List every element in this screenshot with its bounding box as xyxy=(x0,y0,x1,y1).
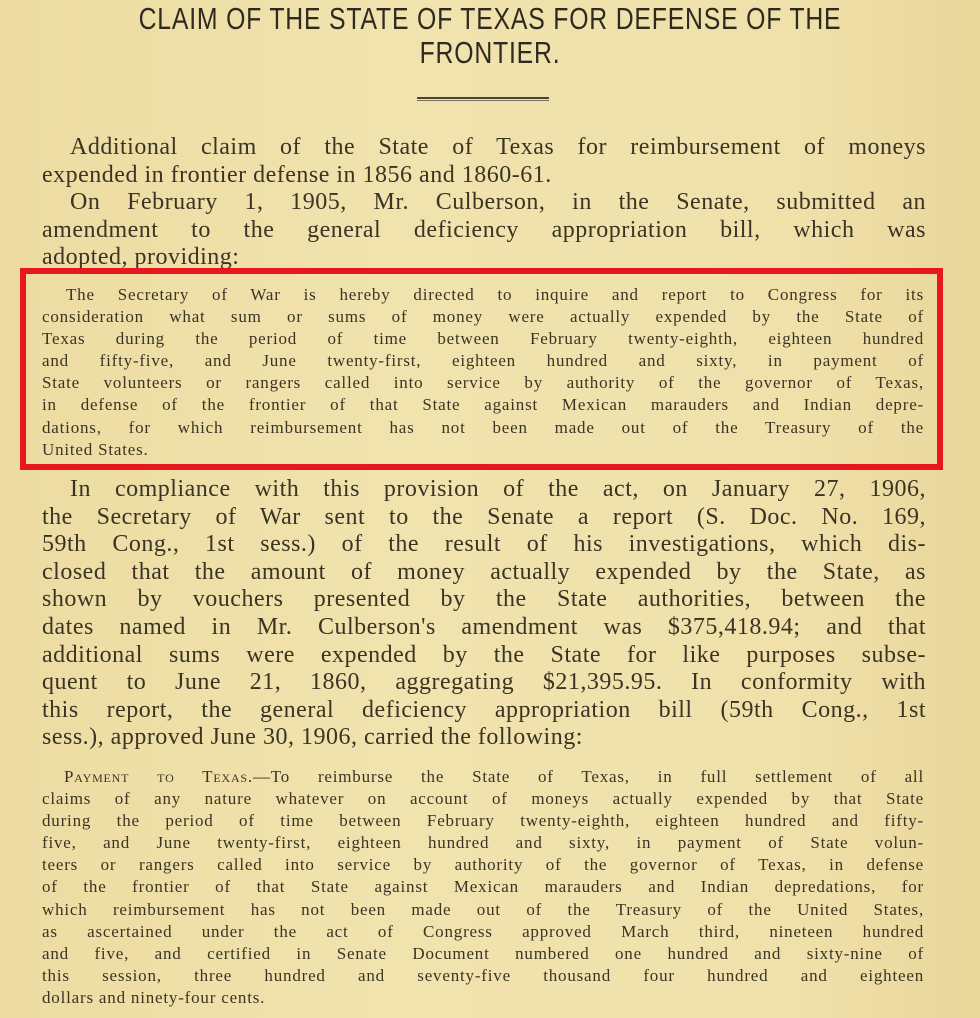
text-line: quent to June 21, 1860, aggregating $21,… xyxy=(42,669,926,697)
payment-first-line: —To reimburse the State of Texas, in ful… xyxy=(253,767,924,786)
text-line: amendment to the general deficiency appr… xyxy=(42,217,926,245)
text-line: five, and June twenty-first, eighteen hu… xyxy=(42,832,924,854)
text-line: during the period of time between Februa… xyxy=(42,810,924,832)
text-line: dollars and ninety-four cents. xyxy=(42,987,924,1009)
text-line: claims of any nature whatever on account… xyxy=(42,788,924,810)
page-title: CLAIM OF THE STATE OF TEXAS FOR DEFENSE … xyxy=(130,2,850,70)
text-line: In compliance with this provision of the… xyxy=(42,476,926,504)
text-line: teers or rangers called into service by … xyxy=(42,854,924,876)
text-line: additional sums were expended by the Sta… xyxy=(42,642,926,670)
text-line: the Secretary of War sent to the Senate … xyxy=(42,504,926,532)
compliance-paragraph: In compliance with this provision of the… xyxy=(42,476,926,752)
text-line: this report, the general deficiency appr… xyxy=(42,697,926,725)
text-line: dates named in Mr. Culberson's amendment… xyxy=(42,614,926,642)
title-line-1: CLAIM OF THE STATE OF TEXAS FOR DEFENSE … xyxy=(130,2,850,36)
text-line: of the frontier of that State against Me… xyxy=(42,876,924,898)
text-line: shown by vouchers presented by the State… xyxy=(42,586,926,614)
title-line-2: FRONTIER. xyxy=(130,36,850,70)
text-line: Additional claim of the State of Texas f… xyxy=(42,134,926,162)
text-line: as ascertained under the act of Congress… xyxy=(42,921,924,943)
text-line: 59th Cong., 1st sess.) of the result of … xyxy=(42,531,926,559)
title-divider xyxy=(417,97,549,101)
highlight-box xyxy=(20,268,943,470)
text-line: expended in frontier defense in 1856 and… xyxy=(42,162,926,190)
text-line: and five, and certified in Senate Docume… xyxy=(42,943,924,965)
text-line: On February 1, 1905, Mr. Culberson, in t… xyxy=(42,189,926,217)
text-line: this session, three hundred and seventy-… xyxy=(42,965,924,987)
intro-paragraph: Additional claim of the State of Texas f… xyxy=(42,134,926,272)
payment-paragraph: Payment to Texas.—To reimburse the State… xyxy=(42,766,924,1009)
document-page: CLAIM OF THE STATE OF TEXAS FOR DEFENSE … xyxy=(0,0,980,1018)
text-line: Payment to Texas.—To reimburse the State… xyxy=(42,766,924,788)
payment-heading: Payment to Texas. xyxy=(64,767,253,786)
text-line: which reimbursement has not been made ou… xyxy=(42,899,924,921)
text-line: sess.), approved June 30, 1906, carried … xyxy=(42,724,926,752)
text-line: closed that the amount of money actually… xyxy=(42,559,926,587)
